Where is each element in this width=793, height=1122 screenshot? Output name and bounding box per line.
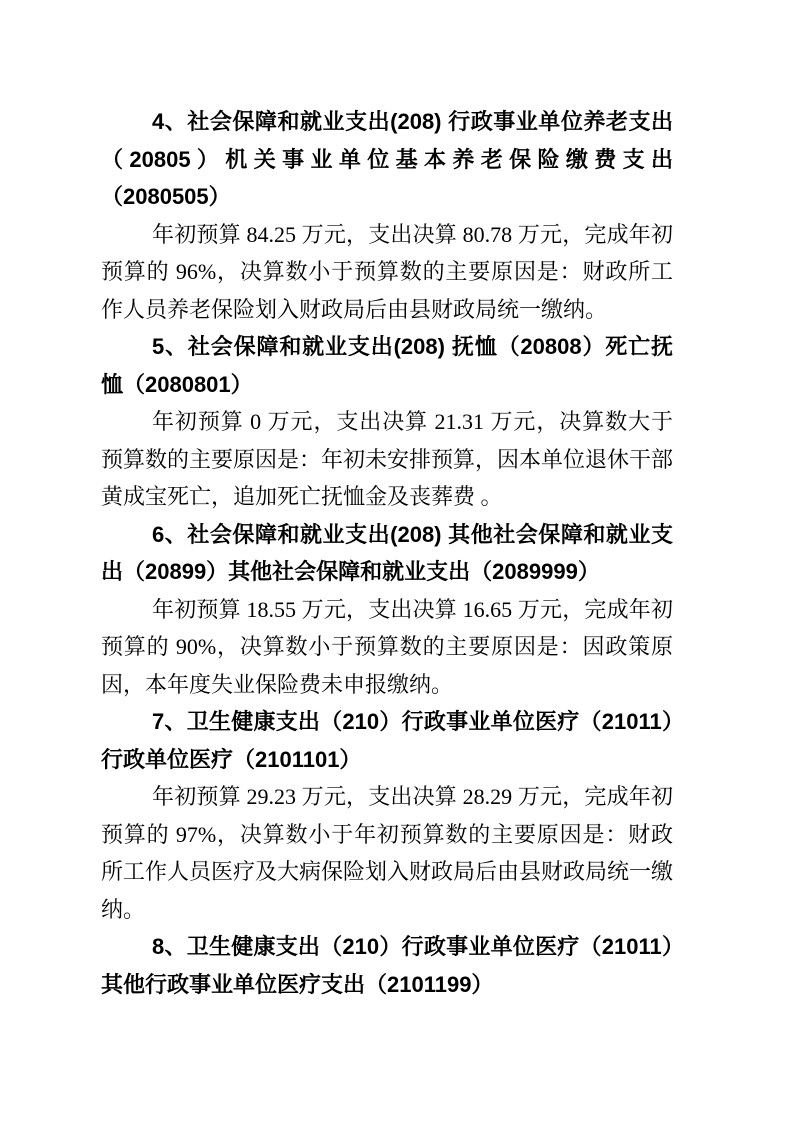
document-content: 4、社会保障和就业支出(208) 行政事业单位养老支出（20805）机关事业单位…: [101, 103, 673, 1003]
section-6-heading: 6、社会保障和就业支出(208) 其他社会保障和就业支出（20899）其他社会保…: [101, 516, 673, 591]
section-6: 6、社会保障和就业支出(208) 其他社会保障和就业支出（20899）其他社会保…: [101, 516, 673, 704]
section-5-paragraph: 年初预算 0 万元，支出决算 21.31 万元，决算数大于预算数的主要原因是：年…: [101, 403, 673, 516]
section-7-paragraph: 年初预算 29.23 万元，支出决算 28.29 万元，完成年初预算的 97%，…: [101, 778, 673, 928]
section-5-heading: 5、社会保障和就业支出(208) 抚恤（20808）死亡抚恤（2080801）: [101, 328, 673, 403]
section-8: 8、卫生健康支出（210）行政事业单位医疗（21011）其他行政事业单位医疗支出…: [101, 928, 673, 1003]
section-7-heading: 7、卫生健康支出（210）行政事业单位医疗（21011）行政单位医疗（21011…: [101, 703, 673, 778]
section-7: 7、卫生健康支出（210）行政事业单位医疗（21011）行政单位医疗（21011…: [101, 703, 673, 928]
section-8-heading: 8、卫生健康支出（210）行政事业单位医疗（21011）其他行政事业单位医疗支出…: [101, 928, 673, 1003]
section-4-paragraph: 年初预算 84.25 万元，支出决算 80.78 万元，完成年初预算的 96%，…: [101, 216, 673, 329]
section-6-paragraph: 年初预算 18.55 万元，支出决算 16.65 万元，完成年初预算的 90%，…: [101, 591, 673, 704]
section-4-heading: 4、社会保障和就业支出(208) 行政事业单位养老支出（20805）机关事业单位…: [101, 103, 673, 216]
document-page: 4、社会保障和就业支出(208) 行政事业单位养老支出（20805）机关事业单位…: [0, 0, 793, 1122]
section-4: 4、社会保障和就业支出(208) 行政事业单位养老支出（20805）机关事业单位…: [101, 103, 673, 328]
section-5: 5、社会保障和就业支出(208) 抚恤（20808）死亡抚恤（2080801） …: [101, 328, 673, 516]
